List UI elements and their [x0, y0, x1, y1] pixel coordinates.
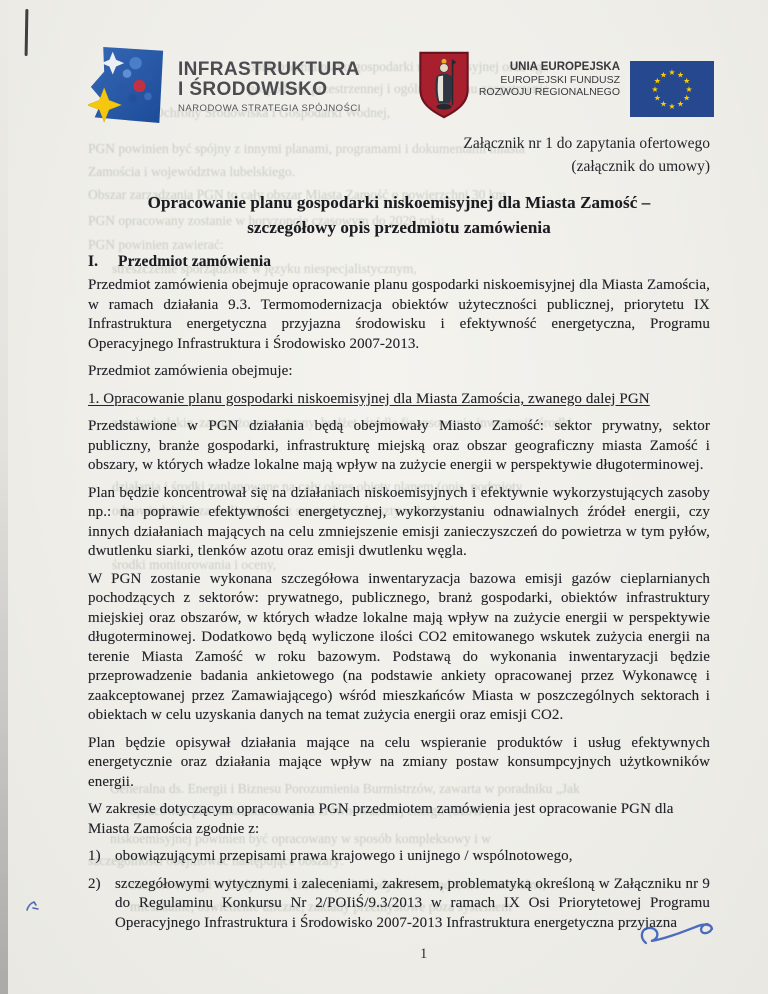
page-number: 1: [420, 946, 427, 963]
eu-logo-line2: EUROPEJSKI FUNDUSZ: [479, 74, 620, 86]
document-title-line2: szczegółowy opis przedmiotu zamówienia: [247, 218, 551, 237]
section-number: I.: [88, 252, 118, 272]
section-heading-text: Przedmiot zamówienia: [118, 252, 271, 272]
nss-logo-text: INFRASTRUKTURA I ŚRODOWISKO NARODOWA STR…: [178, 60, 361, 114]
document-body: Opracowanie planu gospodarki niskoemisyj…: [88, 190, 710, 941]
compliance-list: 1) obowiązującymi przepisami prawa krajo…: [88, 847, 710, 933]
attachment-note: Załącznik nr 1 do zapytania ofertowego (…: [88, 132, 710, 178]
list-item: 2) szczegółowymi wytycznymi i zaleceniam…: [88, 875, 710, 934]
svg-text:★: ★: [683, 93, 690, 102]
paragraph-compliance-intro: W zakresie dotyczącym opracowania PGN pr…: [88, 800, 710, 839]
scanned-document-page: opracowania planu gospodarki niskoemisyj…: [0, 0, 768, 994]
paragraph-plan-actions: Plan będzie opisywał działania mające na…: [88, 734, 710, 793]
attachment-note-line1: Załącznik nr 1 do zapytania ofertowego: [88, 132, 710, 155]
logo-title-line1: INFRASTRUKTURA: [178, 60, 361, 80]
svg-text:★: ★: [677, 99, 684, 108]
document-title: Opracowanie planu gospodarki niskoemisyj…: [88, 190, 710, 240]
list-item-text: obowiązującymi przepisami prawa krajoweg…: [115, 847, 710, 867]
svg-text:★: ★: [654, 93, 661, 102]
eu-logo-line1: UNIA EUROPEJSKA: [479, 61, 620, 74]
logo-title-line2: I ŚRODOWISKO: [178, 80, 361, 100]
logo-header: INFRASTRUKTURA I ŚRODOWISKO NARODOWA STR…: [88, 46, 714, 128]
paragraph-inventory: W PGN zostanie wykonana szczegółowa inwe…: [88, 570, 710, 726]
list-item-number: 2): [88, 875, 115, 934]
paragraph-plan-focus: Plan będzie koncentrował się na działani…: [88, 484, 710, 562]
document-title-line1: Opracowanie planu gospodarki niskoemisyj…: [148, 193, 651, 212]
svg-text:★: ★: [651, 85, 658, 94]
attachment-note-line2: (załącznik do umowy): [88, 155, 710, 178]
section-heading: I. Przedmiot zamówienia: [88, 252, 710, 272]
paragraph-sectors: Przedstawione w PGN działania będą obejm…: [88, 417, 710, 476]
svg-text:★: ★: [668, 102, 675, 111]
eu-logo-text: UNIA EUROPEJSKA EUROPEJSKI FUNDUSZ ROZWO…: [479, 61, 620, 98]
list-item-text: szczegółowymi wytycznymi i zaleceniami, …: [115, 875, 710, 934]
pen-mark-small-icon: [24, 898, 42, 919]
svg-text:★: ★: [668, 68, 675, 77]
eu-funds-logo: UNIA EUROPEJSKA EUROPEJSKI FUNDUSZ ROZWO…: [479, 53, 714, 122]
list-item: 1) obowiązującymi przepisami prawa krajo…: [88, 847, 710, 867]
scanner-edge-shadow: [0, 0, 8, 994]
infrastruktura-srodowisko-logo: INFRASTRUKTURA I ŚRODOWISKO NARODOWA STR…: [88, 44, 361, 131]
eu-flag-icon: ★★ ★★ ★★ ★★ ★★ ★★: [630, 61, 714, 122]
paragraph-includes-intro: Przedmiot zamówienia obejmuje:: [88, 362, 710, 382]
list-item-number: 1): [88, 847, 115, 867]
paragraph-scope: Przedmiot zamówienia obejmuje opracowani…: [88, 276, 710, 354]
handwritten-paraph-icon: [638, 912, 728, 961]
pen-mark-vertical: [25, 9, 29, 56]
zamosc-coat-of-arms-icon: [415, 50, 473, 125]
logo-subtitle: NARODOWA STRATEGIA SPÓJNOŚCI: [178, 103, 361, 114]
nss-flag-icon: [88, 44, 166, 131]
eu-logo-line3: ROZWOJU REGIONALNEGO: [479, 86, 620, 98]
svg-text:★: ★: [660, 70, 667, 79]
paragraph-pgn-heading: 1. Opracowanie planu gospodarki niskoemi…: [88, 390, 710, 410]
svg-text:★: ★: [660, 99, 667, 108]
